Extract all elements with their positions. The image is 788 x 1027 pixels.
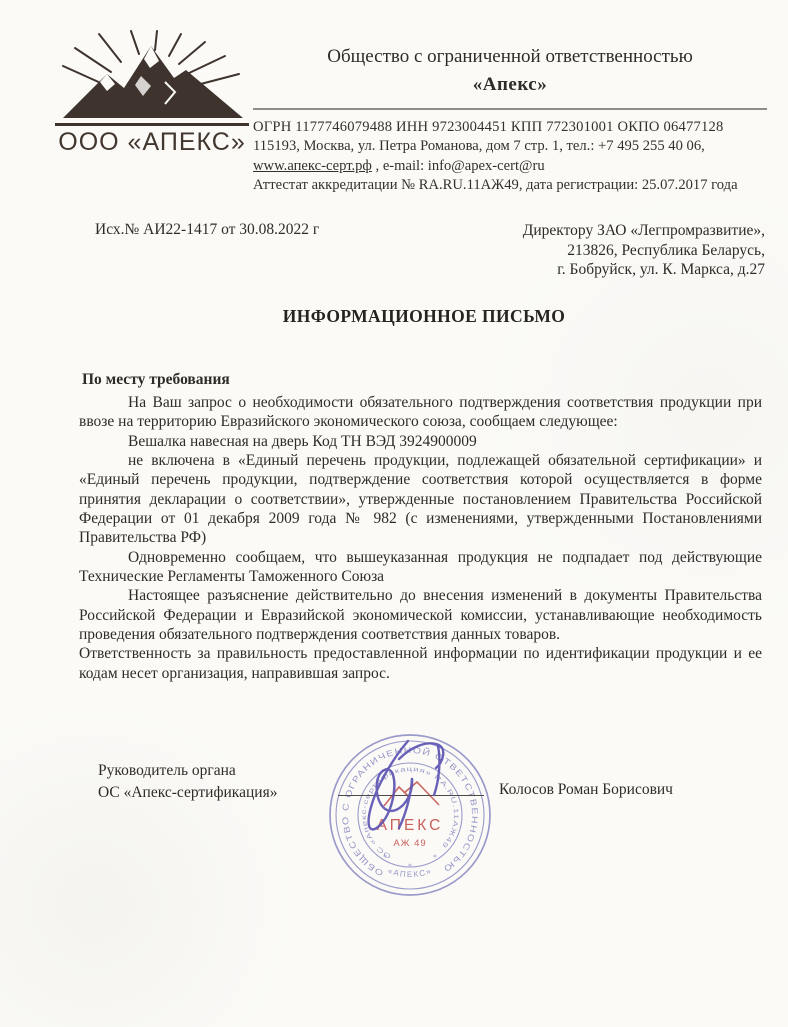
body-paragraph: не включена в «Единый перечень продукции… [79,451,762,548]
document-title: ИНФОРМАЦИОННОЕ ПИСЬМО [83,306,765,327]
stamp-star: * [408,862,412,871]
signer-position: Руководитель органа ОС «Апекс-сертификац… [98,760,277,803]
contact-block: ОГРН 1177746079488 ИНН 9723004451 КПП 77… [253,118,767,196]
signature-ink [346,733,458,837]
mountain-logo-icon [53,30,251,122]
company-logo: ООО «АПЕКС» [53,30,251,157]
email-text: , e-mail: info@apex-cert@ru [372,158,545,174]
registration-numbers: ОГРН 1177746079488 ИНН 9723004451 КПП 77… [253,118,767,137]
body-paragraph: На Ваш запрос о необходимости обязательн… [79,393,762,432]
body-paragraph: Настоящее разъяснение действительно до в… [79,586,762,644]
logo-underline [55,123,249,126]
postal-address: 115193, Москва, ул. Петра Романова, дом … [253,137,767,156]
body-paragraph: Ответственность за правильность предоста… [79,644,762,683]
signer-position-line: ОС «Апекс-сертификация» [98,782,277,804]
scanned-letter-page: ООО «АПЕКС» Общество с ограниченной отве… [0,0,788,1027]
org-name: Общество с ограниченной ответственностью [253,46,767,68]
salutation: По месту требования [82,371,230,389]
body-paragraph: Одновременно сообщаем, что вышеуказанная… [79,548,762,587]
addressee-line: г. Бобруйск, ул. К. Маркса, д.27 [523,260,765,280]
body-paragraph: Вешалка навесная на дверь Код ТН ВЭД 392… [79,432,762,451]
signer-position-line: Руководитель органа [98,760,277,782]
stamp-center-code: АЖ 49 [393,838,426,849]
addressee-block: Директору ЗАО «Легпромразвитие», 213826,… [523,221,765,280]
addressee-line: 213826, Республика Беларусь, [523,241,765,261]
web-email-line: www.апекс-серт.рф , e-mail: info@apex-ce… [253,157,767,176]
letterhead-divider [253,108,767,110]
stamp-star: * [433,853,437,862]
logo-caption: ООО «АПЕКС» [53,128,251,157]
letter-body: На Ваш запрос о необходимости обязательн… [79,393,762,683]
signer-name: Колосов Роман Борисович [499,781,673,799]
outgoing-number: Исх.№ АИ22-1417 от 30.08.2022 г [95,221,319,239]
website-link: www.апекс-серт.рф [253,158,372,174]
addressee-line: Директору ЗАО «Легпромразвитие», [523,221,765,241]
org-short-name: «Апекс» [253,74,767,96]
letterhead-right: Общество с ограниченной ответственностью… [253,46,767,196]
stamp-star: * [383,853,387,862]
accreditation-line: Аттестат аккредитации № RA.RU.11АЖ49, да… [253,176,767,195]
